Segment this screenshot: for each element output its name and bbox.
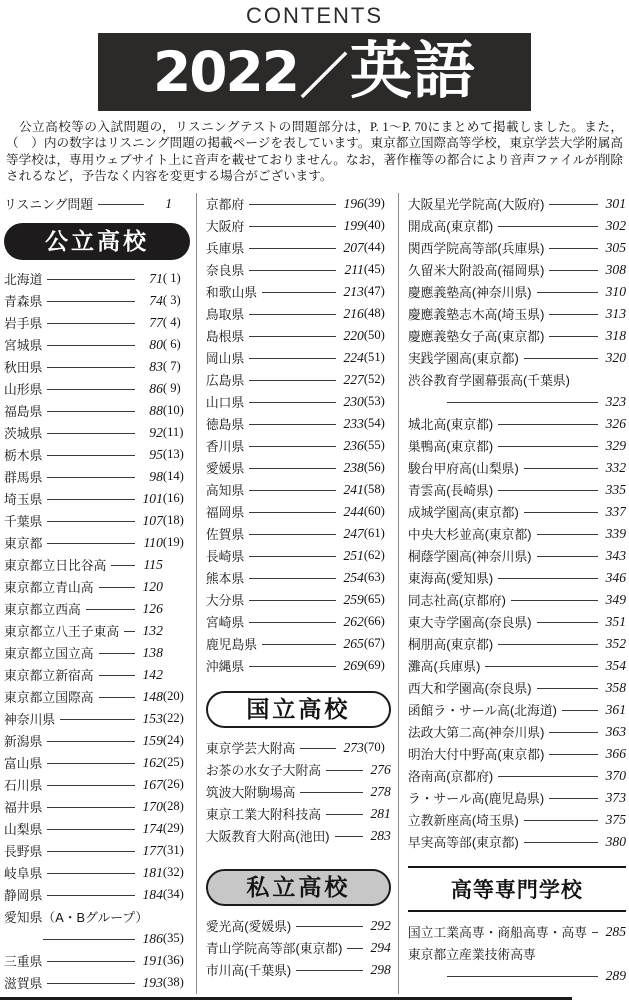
leader-line [249, 202, 336, 205]
toc-entry-label: 東京都立国際高 [4, 687, 94, 706]
leader-line [47, 431, 134, 434]
toc-entry-label: 東京都立新宿高 [4, 665, 94, 684]
toc-entry-label: 福岡県 [206, 502, 244, 521]
toc-entry: 兵庫県207(44) [206, 237, 391, 259]
toc-entry: 長野県177(31) [4, 840, 190, 862]
toc-entry-label: 徳島県 [206, 414, 244, 433]
toc-entry-label: 東大寺学園高(奈良県) [408, 612, 532, 631]
toc-entry-label: 宮城県 [4, 335, 42, 354]
toc-entry-label: 函館ラ・サール高(北海道) [408, 700, 557, 719]
toc-entry-label: 奈良県 [206, 260, 244, 279]
toc-entry: 岡山県224(51) [206, 347, 391, 369]
toc-entry: 同志社高(京都府)349 [408, 589, 626, 611]
page-number: 262(66) [341, 614, 391, 630]
leader-line [562, 708, 598, 711]
toc-entry-label: 富山県 [4, 753, 42, 772]
leader-line [99, 695, 135, 698]
toc-entry-label: 群馬県 [4, 467, 42, 486]
leader-line [537, 532, 598, 535]
leader-line [99, 585, 135, 588]
toc-entry: 東京都110(19) [4, 532, 190, 554]
leader-line [537, 290, 598, 293]
toc-entry-label: 青山学院高等部(東京都) [206, 938, 343, 957]
leader-line [124, 629, 135, 632]
toc-entry-label: リスニング問題 [4, 194, 93, 213]
leader-line [47, 365, 134, 368]
section-header: 公立高校 [4, 223, 190, 260]
leader-line [249, 356, 336, 359]
toc-entry: 中央大杉並高(東京都)339 [408, 523, 626, 545]
page-number: 335 [603, 482, 626, 498]
page-number: 1 [149, 196, 172, 212]
toc-entry-label: 兵庫県 [206, 238, 244, 257]
toc-entry-label: 滋賀県 [4, 973, 42, 992]
page-number: 186(35) [140, 931, 190, 947]
toc-entry: 宮城県80( 6) [4, 334, 190, 356]
toc-entry-label: 開成高(東京都) [408, 216, 493, 235]
leader-line [99, 673, 135, 676]
toc-entry-label: 大阪教育大附高(池田) [206, 826, 330, 845]
toc-entry-label: 山梨県 [4, 819, 42, 838]
page-number: 269(69) [341, 658, 391, 674]
leader-line [249, 598, 336, 601]
toc-entry-label: 東京都立国立高 [4, 643, 94, 662]
leader-line [47, 761, 134, 764]
page-number: 283 [368, 828, 391, 844]
leader-line [249, 246, 336, 249]
leader-line [549, 752, 598, 755]
leader-line [262, 290, 336, 293]
page-number: 373 [603, 790, 626, 806]
toc-entry-label: 岩手県 [4, 313, 42, 332]
toc-entry-label: 大阪星光学院高(大阪府) [408, 194, 545, 213]
page-number: 352 [603, 636, 626, 652]
leader-line [47, 893, 134, 896]
toc-entry: 滋賀県193(38) [4, 972, 190, 994]
page-number: 211(45) [341, 262, 391, 278]
section-header: 私立高校 [206, 869, 391, 906]
toc-entry-label: 新潟県 [4, 731, 42, 750]
toc-entry-label: 洛南高(京都府) [408, 766, 493, 785]
page-number: 281 [368, 806, 391, 822]
leader-line [47, 959, 134, 962]
toc-entry-label: 宮崎県 [206, 612, 244, 631]
leader-line [524, 356, 598, 359]
toc-entry-label: 東京都立西高 [4, 599, 81, 618]
toc-entry-label: 高知県 [206, 480, 244, 499]
leader-line [47, 497, 134, 500]
page-number: 220(50) [341, 328, 391, 344]
page-number: 361 [603, 702, 626, 718]
page-number: 153(22) [140, 711, 190, 727]
leader-line [549, 246, 598, 249]
leader-line [549, 730, 598, 733]
leader-line [47, 475, 134, 478]
banner-year: 2022 [153, 40, 298, 104]
page-number: 358 [603, 680, 626, 696]
leader-line [111, 563, 135, 566]
section-header: 高等専門学校 [408, 866, 626, 912]
leader-line [47, 805, 134, 808]
page-number: 193(38) [140, 975, 190, 991]
toc-entry: 宮崎県262(66) [206, 611, 391, 633]
toc-column-2: 京都府196(39)大阪府199(40)兵庫県207(44)奈良県211(45)… [197, 193, 399, 994]
page-number: 302 [603, 218, 626, 234]
page-number: 138 [140, 645, 190, 661]
leader-line [47, 519, 134, 522]
leader-line [99, 651, 135, 654]
toc-entry-label: お茶の水女子大附高 [206, 760, 321, 779]
toc-entry-label: 熊本県 [206, 568, 244, 587]
toc-entry: 慶應義塾女子高(東京都)318 [408, 325, 626, 347]
leader-line [296, 968, 363, 971]
toc-entry-label: 桐蔭学園高(神奈川県) [408, 546, 532, 565]
leader-line [549, 796, 598, 799]
leader-line [47, 849, 134, 852]
page-number: 174(29) [140, 821, 190, 837]
page-number: 207(44) [341, 240, 391, 256]
toc-entry: 函館ラ・サール高(北海道)361 [408, 699, 626, 721]
toc-entry-label: 実践学園高(東京都) [408, 348, 519, 367]
page-number: 337 [603, 504, 626, 520]
toc-entry: 島根県220(50) [206, 325, 391, 347]
leader-line [549, 268, 598, 271]
page-number: 339 [603, 526, 626, 542]
leader-line [549, 334, 598, 337]
leader-line [249, 488, 336, 491]
toc-entry: 成城学園高(東京都)337 [408, 501, 626, 523]
toc-entry-label: 京都府 [206, 194, 244, 213]
toc-entry: 東海高(愛知県)346 [408, 567, 626, 589]
toc-entry-label: 北海道 [4, 269, 42, 288]
page-title: CONTENTS [0, 0, 629, 29]
toc-entry: 東京都立西高126 [4, 598, 190, 620]
toc-entry-label: 愛知県（A・Bグループ） [4, 907, 148, 926]
page-number: 88(10) [140, 403, 190, 419]
page-number: 181(32) [140, 865, 190, 881]
toc-entry-label: 東京都 [4, 533, 42, 552]
toc-entry-label: 灘高(兵庫県) [408, 656, 481, 675]
leader-line [326, 768, 363, 771]
page-number: 349 [603, 592, 626, 608]
page-number: 177(31) [140, 843, 190, 859]
toc-entry: 早実高等部(東京都)380 [408, 831, 626, 853]
toc-entry-label: 早実高等部(東京都) [408, 832, 519, 851]
leader-line [498, 576, 598, 579]
toc-entry: 青森県74( 3) [4, 290, 190, 312]
spacer [408, 912, 626, 921]
leader-line [296, 924, 363, 927]
page-number: 216(48) [341, 306, 391, 322]
page-number: 363 [603, 724, 626, 740]
page-number: 115 [140, 557, 190, 573]
toc-entry-label: 慶應義塾高(神奈川県) [408, 282, 532, 301]
leader-line [47, 321, 134, 324]
toc-entry: 新潟県159(24) [4, 730, 190, 752]
toc-entry-label: 慶應義塾志木高(埼玉県) [408, 304, 545, 323]
toc-entry: 東京都立新宿高142 [4, 664, 190, 686]
toc-entry: 徳島県233(54) [206, 413, 391, 435]
toc-entry-label: 香川県 [206, 436, 244, 455]
toc-entry-label: 東海高(愛知県) [408, 568, 493, 587]
toc-entry: 静岡県184(34) [4, 884, 190, 906]
toc-entry-label: 青雲高(長崎県) [408, 480, 493, 499]
toc-entry: 東京都立八王子東高132 [4, 620, 190, 642]
page-number: 162(25) [140, 755, 190, 771]
toc-entry-label: 静岡県 [4, 885, 42, 904]
page-number: 120 [140, 579, 190, 595]
page-number: 354 [603, 658, 626, 674]
page-number: 199(40) [341, 218, 391, 234]
toc-entry-label: 福井県 [4, 797, 42, 816]
toc-entry-label: 石川県 [4, 775, 42, 794]
toc-entry: 石川県167(26) [4, 774, 190, 796]
toc-entry: 実践学園高(東京都)320 [408, 347, 626, 369]
leader-line [47, 981, 134, 984]
page-number: 244(60) [341, 504, 391, 520]
toc-entry: 茨城県92(11) [4, 422, 190, 444]
banner-subject: 英語 [350, 41, 476, 103]
leader-line [47, 277, 134, 280]
leader-line [249, 224, 336, 227]
toc-entry-label: 中央大杉並高(東京都) [408, 524, 532, 543]
page-number: 92(11) [140, 425, 190, 441]
page-number: 74( 3) [140, 293, 190, 309]
toc-entry-label: 愛光高(愛媛県) [206, 916, 291, 935]
leader-line [249, 268, 336, 271]
page-number: 326 [603, 416, 626, 432]
leader-line [249, 576, 336, 579]
leader-line [47, 827, 134, 830]
toc-entry: 福岡県244(60) [206, 501, 391, 523]
page-number: 241(58) [341, 482, 391, 498]
leader-line [549, 312, 598, 315]
leader-line [537, 620, 598, 623]
toc-entry: 岩手県77( 4) [4, 312, 190, 334]
spacer [408, 853, 626, 866]
page-number: 98(14) [140, 469, 190, 485]
toc-entry: 洛南高(京都府)370 [408, 765, 626, 787]
toc-entry: 青雲高(長崎県)335 [408, 479, 626, 501]
toc-entry: 城北高(東京都)326 [408, 413, 626, 435]
page-number: 370 [603, 768, 626, 784]
page-number: 343 [603, 548, 626, 564]
page-number: 95(13) [140, 447, 190, 463]
toc-entry: 大阪府199(40) [206, 215, 391, 237]
toc-entry-label: 広島県 [206, 370, 244, 389]
toc-entry: 桐蔭学園高(神奈川県)343 [408, 545, 626, 567]
leader-line [335, 834, 363, 837]
toc-entry: 山形県86( 9) [4, 378, 190, 400]
toc-entry-label: 西大和学園高(奈良県) [408, 678, 532, 697]
leader-line [249, 422, 336, 425]
leader-line [498, 444, 598, 447]
toc-entry-label: 同志社高(京都府) [408, 590, 506, 609]
toc-entry-label: 東京都立産業技術高専 [408, 944, 536, 963]
toc-entry-continued: 323 [408, 391, 626, 413]
page-number: 101(16) [140, 491, 190, 507]
toc-entry: 愛媛県238(56) [206, 457, 391, 479]
leader-line [511, 598, 598, 601]
toc-entry-label: 東京学芸大附高 [206, 738, 296, 757]
toc-entry: 筑波大附駒場高278 [206, 781, 391, 803]
page-number: 259(65) [341, 592, 391, 608]
toc-entry: 法政大第二高(神奈川県)363 [408, 721, 626, 743]
toc-entry-label: 岐阜県 [4, 863, 42, 882]
toc-entry-label: 栃木県 [4, 445, 42, 464]
spacer [206, 847, 391, 869]
toc-entry: 長崎県251(62) [206, 545, 391, 567]
leader-line [249, 334, 336, 337]
toc-column-3: 大阪星光学院高(大阪府)301開成高(東京都)302関西学院高等部(兵庫県)30… [399, 193, 629, 994]
leader-line [47, 343, 134, 346]
page-number: 329 [603, 438, 626, 454]
leader-line [249, 400, 336, 403]
page-number: 196(39) [341, 196, 391, 212]
toc-entry-label: 立教新座高(埼玉県) [408, 810, 519, 829]
leader-line [249, 466, 336, 469]
page-number: 83( 7) [140, 359, 190, 375]
toc-entry: 岐阜県181(32) [4, 862, 190, 884]
toc-entry: 三重県191(36) [4, 950, 190, 972]
leader-line [498, 774, 598, 777]
toc-entry-label: 大分県 [206, 590, 244, 609]
toc-entry-label: 駿台甲府高(山梨県) [408, 458, 519, 477]
page-number: 247(61) [341, 526, 391, 542]
leader-line [249, 532, 336, 535]
leader-line [549, 202, 598, 205]
leader-line [86, 607, 135, 610]
leader-line [249, 620, 336, 623]
leader-line [300, 746, 335, 749]
leader-line [524, 818, 598, 821]
page-number: 236(55) [341, 438, 391, 454]
page-number: 346 [603, 570, 626, 586]
toc-entry: 桐朋高(東京都)352 [408, 633, 626, 655]
leader-line [262, 642, 336, 645]
page-number: 278 [368, 784, 391, 800]
toc-entry: 東京都立青山高120 [4, 576, 190, 598]
page-number: 227(52) [341, 372, 391, 388]
toc-entry: 神奈川県153(22) [4, 708, 190, 730]
toc-entry: ラ・サール高(鹿児島県)373 [408, 787, 626, 809]
toc-entry: 香川県236(55) [206, 435, 391, 457]
toc-entry: 東京工業大附科技高281 [206, 803, 391, 825]
toc-entry: 西大和学園高(奈良県)358 [408, 677, 626, 699]
toc-entry: 東京都立国立高138 [4, 642, 190, 664]
leader-line [485, 664, 598, 667]
page-number: 292 [368, 918, 391, 934]
toc-entry-label: 千葉県 [4, 511, 42, 530]
toc-entry-label: 明治大付中野高(東京都) [408, 744, 545, 763]
page-number: 167(26) [140, 777, 190, 793]
page-number: 233(54) [341, 416, 391, 432]
page-number: 148(20) [140, 689, 190, 705]
page-number: 298 [368, 962, 391, 978]
leader-line [498, 224, 598, 227]
leader-line [524, 510, 598, 513]
page-number: 126 [140, 601, 190, 617]
toc-entry: 愛知県（A・Bグループ） [4, 906, 190, 928]
year-subject-banner: 2022 ／ 英語 [98, 33, 531, 111]
toc-entry-label: 市川高(千葉県) [206, 960, 291, 979]
toc-entry: 立教新座高(埼玉県)375 [408, 809, 626, 831]
toc-entry-label: 長崎県 [206, 546, 244, 565]
toc-entry: 渋谷教育学園幕張高(千葉県) [408, 369, 626, 391]
toc-entry-label: 青森県 [4, 291, 42, 310]
leader-line [47, 453, 134, 456]
toc-entry: 巣鴨高(東京都)329 [408, 435, 626, 457]
toc-entry-label: 東京都立日比谷高 [4, 555, 106, 574]
page-number: 142 [140, 667, 190, 683]
toc-entry-label: 東京工業大附科技高 [206, 804, 321, 823]
page-number: 320 [603, 350, 626, 366]
toc-entry: 鳥取県216(48) [206, 303, 391, 325]
page-number: 323 [603, 394, 626, 410]
toc-entry: 東大寺学園高(奈良県)351 [408, 611, 626, 633]
toc-entry: 秋田県83( 7) [4, 356, 190, 378]
leader-line [249, 312, 336, 315]
page-number: 375 [603, 812, 626, 828]
toc-entry-label: 久留米大附設高(福岡県) [408, 260, 545, 279]
toc-entry-label: 東京都立青山高 [4, 577, 94, 596]
toc-entry-label: 山口県 [206, 392, 244, 411]
leader-line [47, 739, 134, 742]
banner-slash: ／ [300, 38, 348, 107]
toc-entry-label: 神奈川県 [4, 709, 55, 728]
toc-entry-label: 成城学園高(東京都) [408, 502, 519, 521]
page-number: 308 [603, 262, 626, 278]
leader-line [300, 790, 362, 793]
toc-entry: 奈良県211(45) [206, 259, 391, 281]
toc-entry: 国立工業高専・商船高専・高専285 [408, 921, 626, 943]
toc-entry-label: 法政大第二高(神奈川県) [408, 722, 545, 741]
page-number: 107(18) [140, 513, 190, 529]
toc-entry: 青山学院高等部(東京都)294 [206, 937, 391, 959]
section-header: 国立高校 [206, 691, 391, 728]
leader-line [249, 444, 336, 447]
toc-entry-label: 茨城県 [4, 423, 42, 442]
page-number: 366 [603, 746, 626, 762]
page-number: 80( 6) [140, 337, 190, 353]
toc-entry: 千葉県107(18) [4, 510, 190, 532]
toc-entry: 熊本県254(63) [206, 567, 391, 589]
page-number: 273(70) [341, 740, 391, 756]
toc-entry-label: 沖縄県 [206, 656, 244, 675]
toc-entry: 慶應義塾高(神奈川県)310 [408, 281, 626, 303]
page-number: 86( 9) [140, 381, 190, 397]
page-number: 170(28) [140, 799, 190, 815]
toc-entry-label: 城北高(東京都) [408, 414, 493, 433]
toc-entry: 明治大付中野高(東京都)366 [408, 743, 626, 765]
page-number: 289 [603, 968, 626, 984]
page-number: 213(47) [341, 284, 391, 300]
page-number: 285 [603, 924, 626, 940]
toc-entry: 鹿児島県265(67) [206, 633, 391, 655]
toc-entry-label: 岡山県 [206, 348, 244, 367]
toc-entry: 東京都立産業技術高専 [408, 943, 626, 965]
page-number: 132 [140, 623, 190, 639]
toc-entry: 市川高(千葉県)298 [206, 959, 391, 981]
toc-entry: 群馬県98(14) [4, 466, 190, 488]
leader-line [249, 664, 336, 667]
page-number: 310 [603, 284, 626, 300]
page-number: 191(36) [140, 953, 190, 969]
toc-entry: 埼玉県101(16) [4, 488, 190, 510]
leader-line [447, 400, 598, 403]
toc-entry: 東京都立国際高148(20) [4, 686, 190, 708]
page-number: 276 [368, 762, 391, 778]
